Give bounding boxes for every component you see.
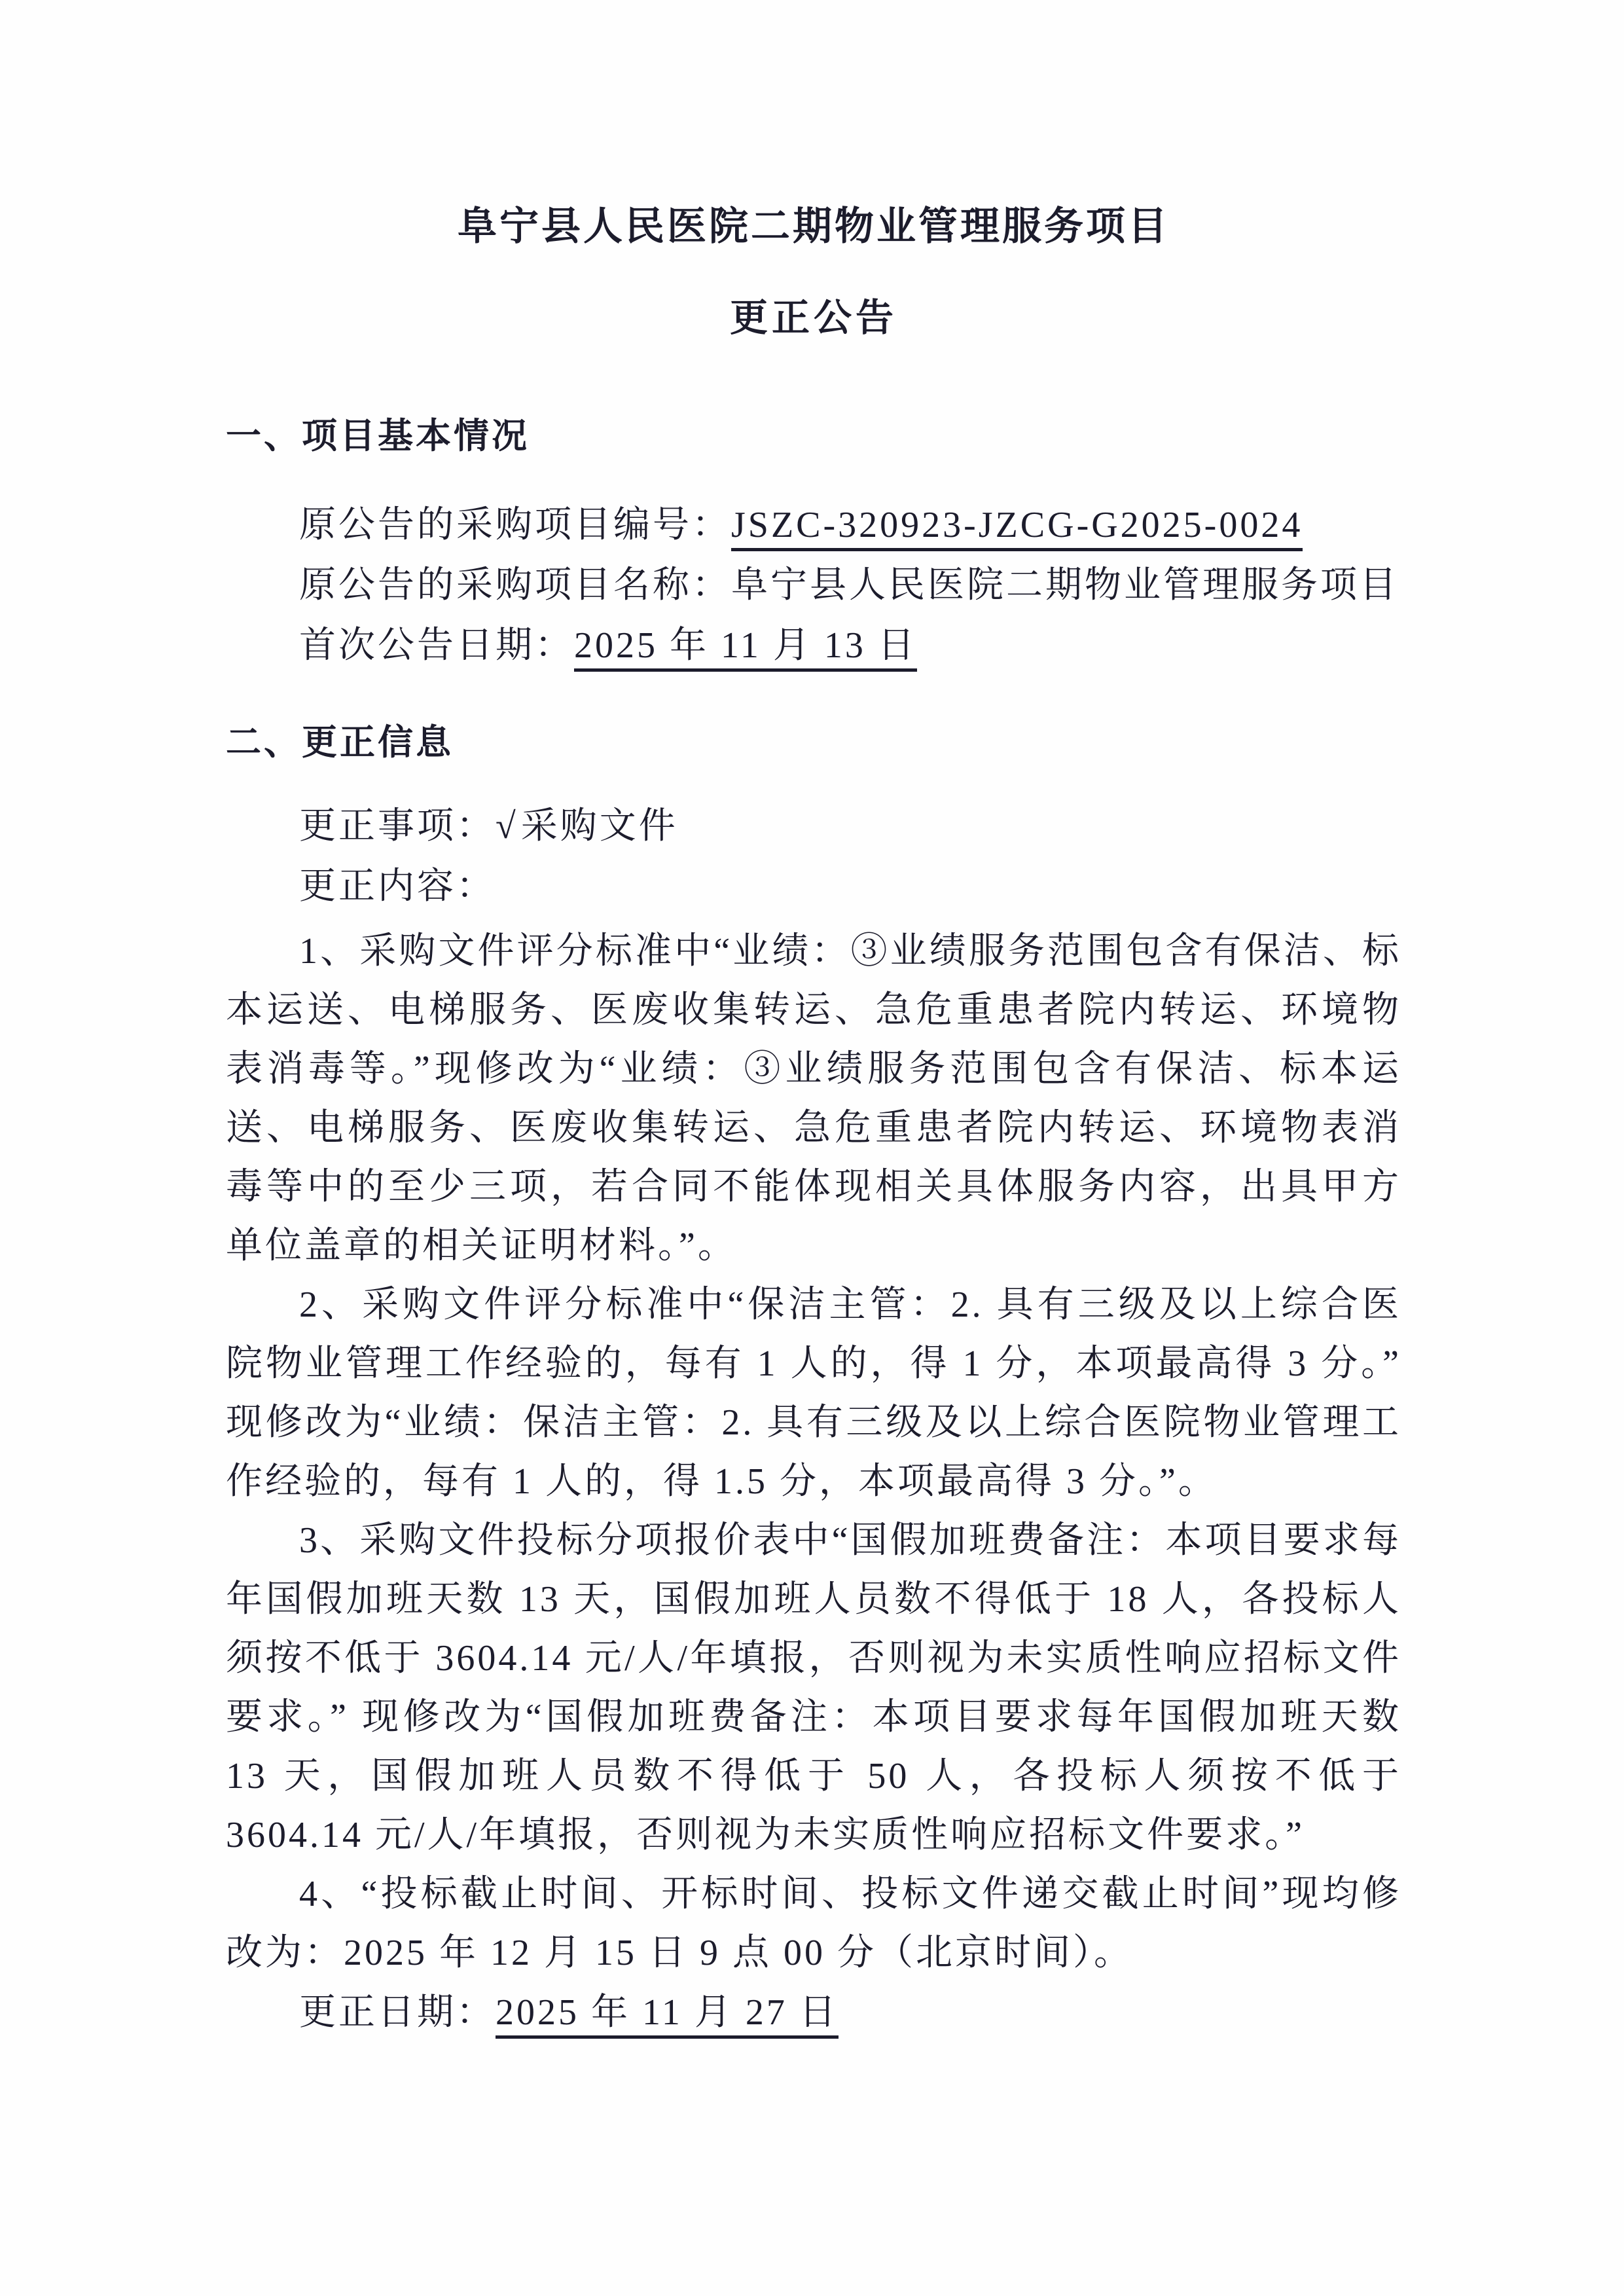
project-name-value: 阜宁县人民医院二期物业管理服务项目 bbox=[731, 565, 1399, 606]
document-content: 阜宁县人民医院二期物业管理服务项目 更正公告 一、项目基本情况 原公告的采购项目… bbox=[226, 0, 1401, 2043]
scanned-document-page: 阜宁县人民医院二期物业管理服务项目 更正公告 一、项目基本情况 原公告的采购项目… bbox=[0, 0, 1624, 2296]
correction-date-line: 更正日期：2025 年 11 月 27 日 bbox=[226, 1982, 1401, 2043]
correction-paragraphs: 1、采购文件评分标准中“业绩：③业绩服务范围包含有保洁、标本运送、电梯服务、医废… bbox=[226, 922, 1401, 1982]
document-subtitle: 更正公告 bbox=[226, 288, 1401, 348]
correction-date-label: 更正日期： bbox=[299, 1992, 496, 2033]
correction-paragraph-4: 4、“投标截止时间、开标时间、投标文件递交截止时间”现均修改为：2025 年 1… bbox=[226, 1865, 1401, 1982]
correction-matter-label: 更正事项： bbox=[299, 806, 496, 847]
correction-matter-line: 更正事项：√采购文件 bbox=[226, 796, 1401, 856]
first-announce-date-value: 2025 年 11 月 13 日 bbox=[574, 625, 917, 672]
first-announce-date-label: 首次公告日期： bbox=[299, 625, 574, 666]
correction-paragraph-1: 1、采购文件评分标准中“业绩：③业绩服务范围包含有保洁、标本运送、电梯服务、医废… bbox=[226, 922, 1401, 1275]
correction-paragraph-3: 3、采购文件投标分项报价表中“国假加班费备注：本项目要求每年国假加班天数 13 … bbox=[226, 1511, 1401, 1865]
project-name-line: 原公告的采购项目名称：阜宁县人民医院二期物业管理服务项目 bbox=[226, 555, 1401, 615]
project-name-label: 原公告的采购项目名称： bbox=[299, 565, 731, 606]
correction-paragraph-2: 2、采购文件评分标准中“保洁主管：2. 具有三级及以上综合医院物业管理工作经验的… bbox=[226, 1275, 1401, 1511]
first-announce-date-line: 首次公告日期：2025 年 11 月 13 日 bbox=[226, 615, 1401, 676]
correction-content-label: 更正内容： bbox=[226, 856, 1401, 917]
correction-date-value: 2025 年 11 月 27 日 bbox=[496, 1992, 839, 2039]
section1-heading: 一、项目基本情况 bbox=[226, 406, 1401, 466]
section1-body: 原公告的采购项目编号：JSZC-320923-JZCG-G2025-0024 原… bbox=[226, 495, 1401, 676]
correction-matter-value: 采购文件 bbox=[521, 806, 678, 847]
checkmark-icon: √ bbox=[496, 806, 521, 847]
document-title: 阜宁县人民医院二期物业管理服务项目 bbox=[226, 196, 1401, 257]
section2-heading: 二、更正信息 bbox=[226, 712, 1401, 773]
project-number-line: 原公告的采购项目编号：JSZC-320923-JZCG-G2025-0024 bbox=[226, 495, 1401, 555]
project-number-value: JSZC-320923-JZCG-G2025-0024 bbox=[731, 505, 1303, 551]
project-number-label: 原公告的采购项目编号： bbox=[299, 505, 731, 545]
